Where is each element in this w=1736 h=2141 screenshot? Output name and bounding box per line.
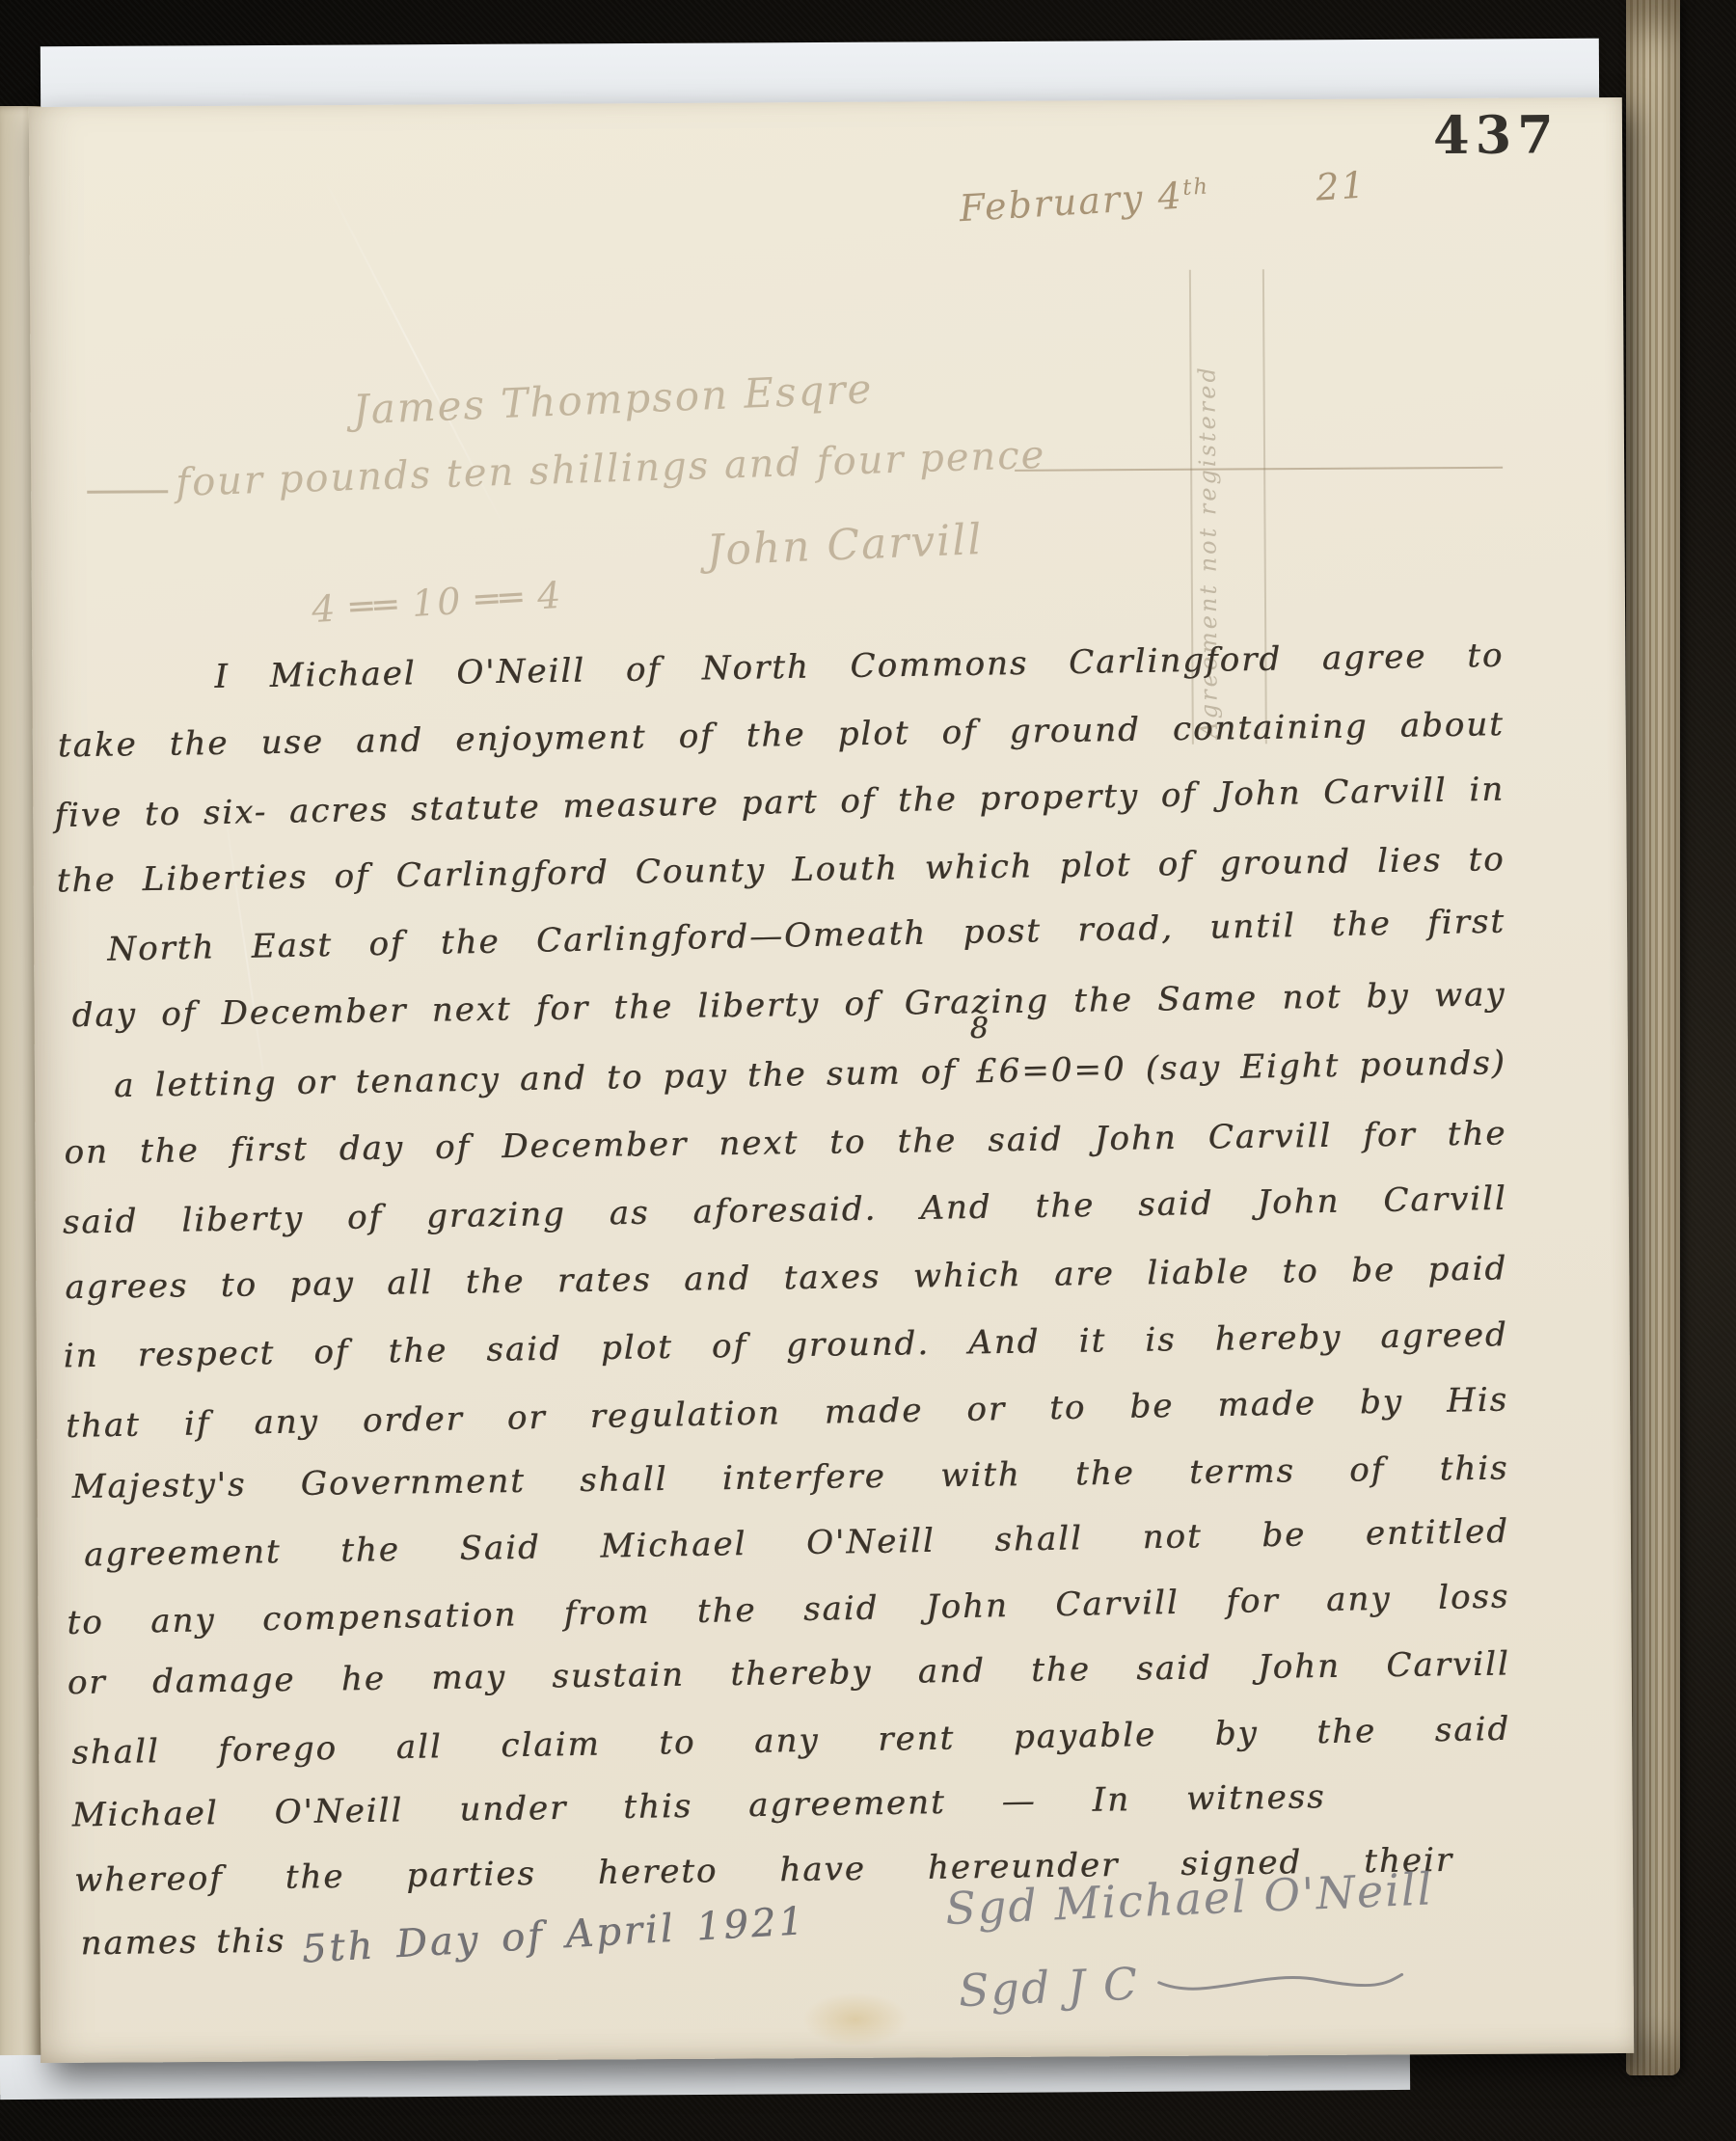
signature-jc: Sgd J C xyxy=(958,1946,1407,2017)
manuscript-page: 437 February 4th 21 James Thompson Esqre… xyxy=(29,97,1634,2063)
signature-flourish xyxy=(1154,1961,1406,2004)
manuscript-line: agrees to pay all the rates and taxes wh… xyxy=(65,1250,1507,1308)
manuscript-line: or damage he may sustain thereby and the… xyxy=(68,1644,1510,1702)
manuscript-line: North East of the Carlingford—Omeath pos… xyxy=(107,903,1506,970)
signature-jc-text: Sgd J C xyxy=(958,1958,1140,2018)
manuscript-line: that if any order or regulation made or … xyxy=(66,1381,1508,1447)
header-date: February 4th 21 xyxy=(958,164,1367,230)
header-date-year: 21 xyxy=(1315,164,1368,209)
memo-figures: 4 ══ 10 ══ 4 xyxy=(311,574,564,631)
paper-stain xyxy=(802,1992,909,2047)
pencil-dash-line xyxy=(87,490,168,494)
memo-amount: four pounds ten shillings and four pence xyxy=(176,433,1046,505)
header-date-ordinal: th xyxy=(1181,174,1209,201)
manuscript-closing-line: names this5th Day of April 1921 xyxy=(80,1910,806,1965)
manuscript-line: a letting or tenancy and to pay the sum … xyxy=(114,1043,1506,1106)
header-date-day: February 4 xyxy=(958,175,1183,230)
manuscript-line: to any compensation from the said John C… xyxy=(67,1578,1509,1643)
closing-pencil-date: 5th Day of April 1921 xyxy=(300,1898,806,1973)
manuscript-line: said liberty of grazing as aforesaid. An… xyxy=(63,1179,1507,1243)
manuscript-line: shall forego all claim to any rent payab… xyxy=(71,1710,1510,1774)
manuscript-line: Michael O'Neill under this agreement — I… xyxy=(71,1777,1325,1835)
manuscript-line: five to six- acres statute measure part … xyxy=(54,771,1505,836)
memo-signature: John Carvill xyxy=(706,515,985,576)
memo-addressee: James Thompson Esqre xyxy=(352,365,874,433)
manuscript-line: the Liberties of Carlingford County Lout… xyxy=(56,840,1505,901)
amount-correction: 8 xyxy=(970,1012,990,1045)
manuscript-line: day of December next for the liberty of … xyxy=(71,975,1505,1036)
closing-ink-text: names this xyxy=(80,1922,285,1964)
manuscript-line: agreement the Said Michael O'Neill shall… xyxy=(84,1512,1509,1575)
manuscript-line: on the first day of December next to the… xyxy=(64,1115,1506,1173)
pencil-cross-line xyxy=(1015,467,1503,472)
manuscript-line: I Michael O'Neill of North Commons Carli… xyxy=(214,637,1504,697)
page-number-stamp: 437 xyxy=(1433,103,1560,166)
manuscript-line: Majesty's Government shall interfere wit… xyxy=(71,1450,1508,1507)
manuscript-line: in respect of the said plot of ground. A… xyxy=(63,1315,1507,1376)
book-photo: 437 February 4th 21 James Thompson Esqre… xyxy=(0,0,1736,2141)
page-edge-stack xyxy=(1626,0,1680,2075)
manuscript-line: take the use and enjoyment of the plot o… xyxy=(58,705,1505,766)
